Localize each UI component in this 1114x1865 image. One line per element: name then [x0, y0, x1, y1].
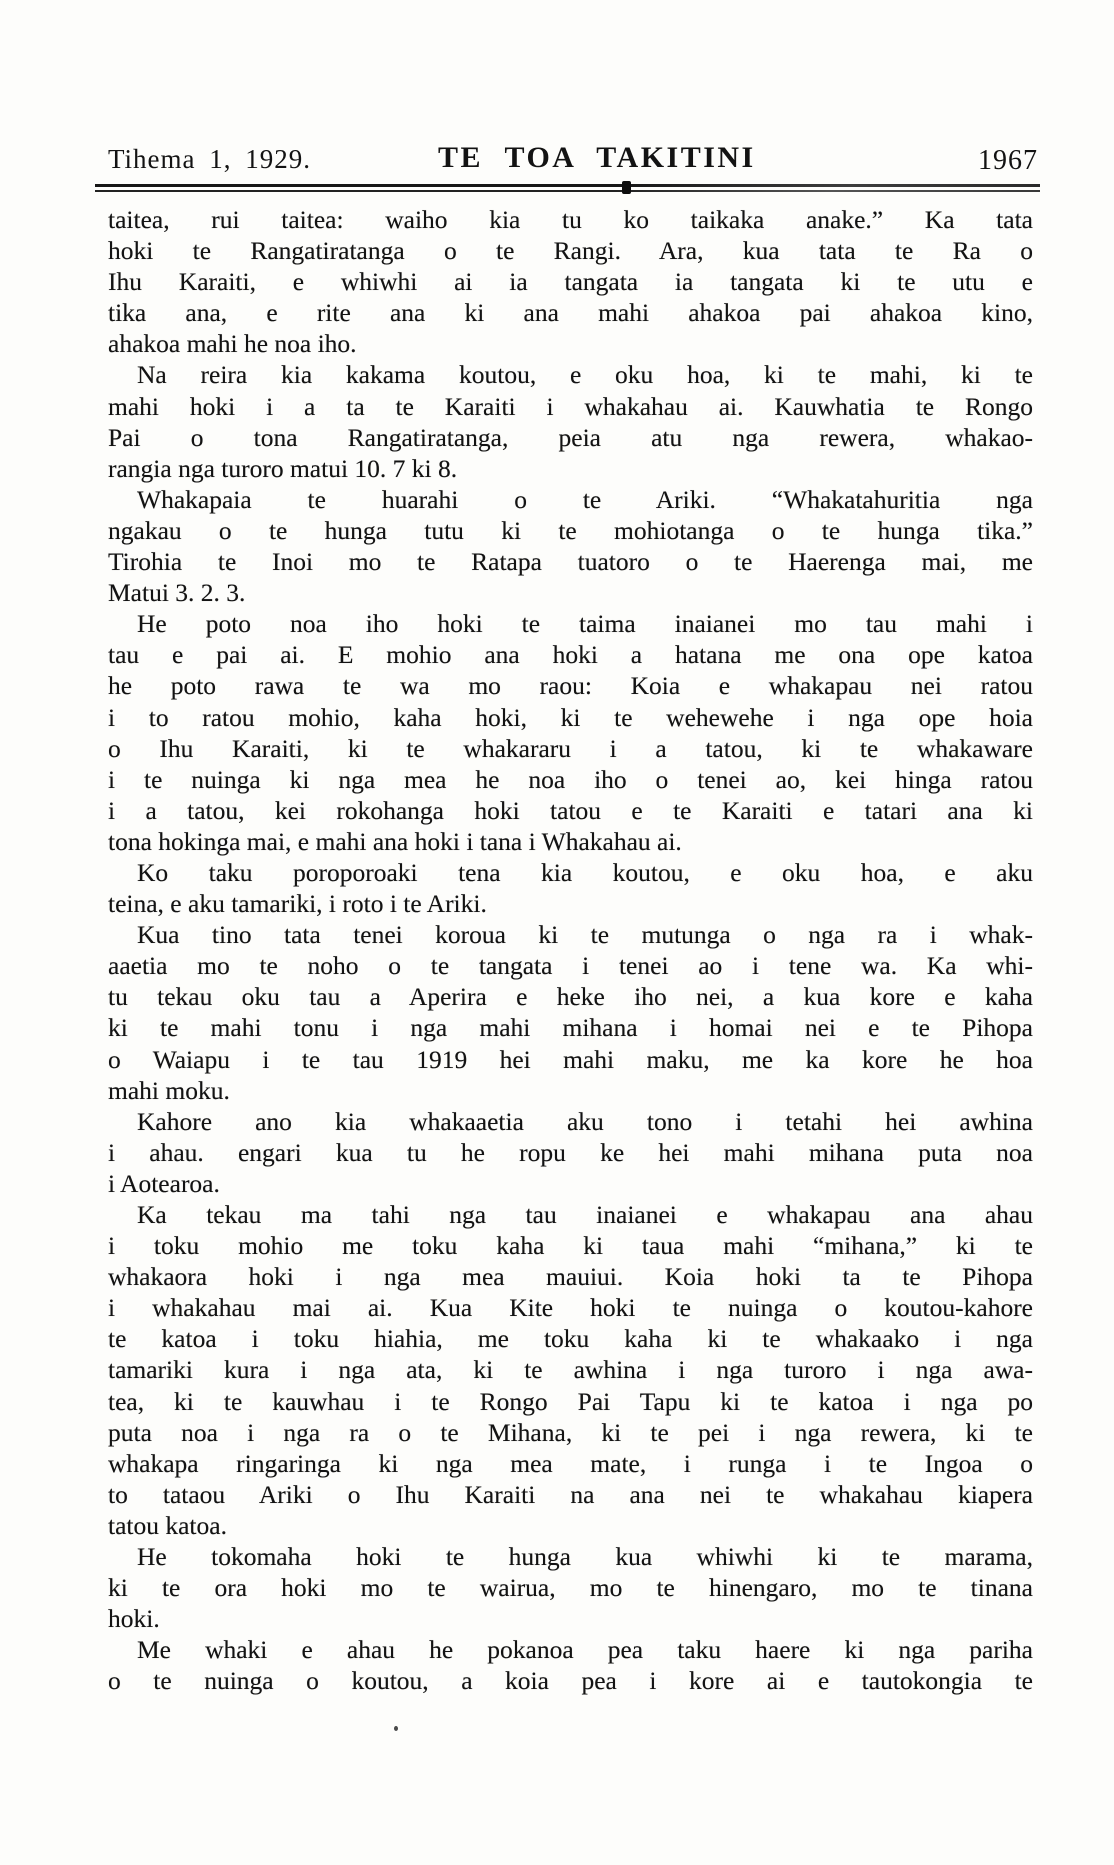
text-line: tu tekau oku tau a Aperira e heke iho ne…	[108, 981, 1033, 1012]
text-line: i ahau. engari kua tu he ropu ke hei mah…	[108, 1137, 1033, 1168]
masthead: Tihema 1, 1929. TE TOA TAKITINI 1967	[95, 141, 1040, 181]
text-line: hoki te Rangatiratanga o te Rangi. Ara, …	[108, 235, 1033, 266]
text-line: Me whaki e ahau he pokanoa pea taku haer…	[108, 1634, 1033, 1665]
issue-date: Tihema 1, 1929.	[108, 144, 311, 175]
text-line: tika ana, e rite ana ki ana mahi ahakoa …	[108, 297, 1033, 328]
text-line: Matui 3. 2. 3.	[108, 577, 1033, 608]
rule-line-bottom	[95, 190, 1040, 192]
newspaper-title: TE TOA TAKITINI	[438, 141, 756, 175]
text-line: Pai o tona Rangatiratanga, peia atu nga …	[108, 422, 1033, 453]
text-line: Kua tino tata tenei koroua ki te mutunga…	[108, 919, 1033, 950]
text-line: whakaora hoki i nga mea mauiui. Koia hok…	[108, 1261, 1033, 1292]
text-line: to tataou Ariki o Ihu Karaiti na ana nei…	[108, 1479, 1033, 1510]
text-line: ngakau o te hunga tutu ki te mohiotanga …	[108, 515, 1033, 546]
text-line: o Ihu Karaiti, ki te whakararu i a tatou…	[108, 733, 1033, 764]
text-line: o te nuinga o koutou, a koia pea i kore …	[108, 1665, 1033, 1696]
text-line: Ka tekau ma tahi nga tau inaianei e whak…	[108, 1199, 1033, 1230]
text-line: tau e pai ai. E mohio ana hoki a hatana …	[108, 639, 1033, 670]
text-line: He tokomaha hoki te hunga kua whiwhi ki …	[108, 1541, 1033, 1572]
text-line: ahakoa mahi he noa iho.	[108, 328, 1033, 359]
text-line: i te nuinga ki nga mea he noa iho o tene…	[108, 764, 1033, 795]
text-line: tatou katoa.	[108, 1510, 1033, 1541]
text-line: i to ratou mohio, kaha hoki, ki te wehew…	[108, 702, 1033, 733]
text-line: mahi hoki i a ta te Karaiti i whakahau a…	[108, 391, 1033, 422]
masthead-rule	[95, 184, 1040, 194]
text-line: Tirohia te Inoi mo te Ratapa tuatoro o t…	[108, 546, 1033, 577]
text-line: tona hokinga mai, e mahi ana hoki i tana…	[108, 826, 1033, 857]
text-line: He poto noa iho hoki te taima inaianei m…	[108, 608, 1033, 639]
text-line: ki te ora hoki mo te wairua, mo te hinen…	[108, 1572, 1033, 1603]
paragraph: Ko taku poroporoaki tena kia koutou, e o…	[108, 857, 1033, 919]
text-line: Whakapaia te huarahi o te Ariki. “Whakat…	[108, 484, 1033, 515]
text-line: Na reira kia kakama koutou, e oku hoa, k…	[108, 359, 1033, 390]
paragraph: Me whaki e ahau he pokanoa pea taku haer…	[108, 1634, 1033, 1696]
text-line: i a tatou, kei rokohanga hoki tatou e te…	[108, 795, 1033, 826]
text-line: i toku mohio me toku kaha ki taua mahi “…	[108, 1230, 1033, 1261]
text-line: rangia nga turoro matui 10. 7 ki 8.	[108, 453, 1033, 484]
article-body: taitea, rui taitea: waiho kia tu ko taik…	[108, 204, 1033, 1697]
paragraph: He tokomaha hoki te hunga kua whiwhi ki …	[108, 1541, 1033, 1634]
text-line: ki te mahi tonu i nga mahi mihana i homa…	[108, 1012, 1033, 1043]
text-line: aaetia mo te noho o te tangata i tenei a…	[108, 950, 1033, 981]
text-line: teina, e aku tamariki, i roto i te Ariki…	[108, 888, 1033, 919]
paragraph: He poto noa iho hoki te taima inaianei m…	[108, 608, 1033, 857]
text-line: i whakahau mai ai. Kua Kite hoki te nuin…	[108, 1292, 1033, 1323]
ink-blob	[622, 181, 631, 194]
text-line: te katoa i toku hiahia, me toku kaha ki …	[108, 1323, 1033, 1354]
text-line: Ko taku poroporoaki tena kia koutou, e o…	[108, 857, 1033, 888]
text-line: mahi moku.	[108, 1075, 1033, 1106]
rule-line-top	[95, 184, 1040, 187]
scanned-newspaper-page: Tihema 1, 1929. TE TOA TAKITINI 1967 tai…	[0, 0, 1114, 1865]
paragraph: Kahore ano kia whakaaetia aku tono i tet…	[108, 1106, 1033, 1199]
text-line: tamariki kura i nga ata, ki te awhina i …	[108, 1354, 1033, 1385]
text-line: puta noa i nga ra o te Mihana, ki te pei…	[108, 1417, 1033, 1448]
text-line: tea, ki te kauwhau i te Rongo Pai Tapu k…	[108, 1386, 1033, 1417]
text-line: whakapa ringaringa ki nga mea mate, i ru…	[108, 1448, 1033, 1479]
text-line: he poto rawa te wa mo raou: Koia e whaka…	[108, 670, 1033, 701]
page-number: 1967	[978, 145, 1038, 177]
text-line: taitea, rui taitea: waiho kia tu ko taik…	[108, 204, 1033, 235]
paragraph: Kua tino tata tenei koroua ki te mutunga…	[108, 919, 1033, 1106]
text-line: Ihu Karaiti, e whiwhi ai ia tangata ia t…	[108, 266, 1033, 297]
paragraph: Ka tekau ma tahi nga tau inaianei e whak…	[108, 1199, 1033, 1541]
text-line: i Aotearoa.	[108, 1168, 1033, 1199]
paragraph: taitea, rui taitea: waiho kia tu ko taik…	[108, 204, 1033, 359]
text-line: hoki.	[108, 1603, 1033, 1634]
text-line: o Waiapu i te tau 1919 hei mahi maku, me…	[108, 1044, 1033, 1075]
paragraph: Na reira kia kakama koutou, e oku hoa, k…	[108, 359, 1033, 483]
ink-speck	[394, 1726, 398, 1731]
text-line: Kahore ano kia whakaaetia aku tono i tet…	[108, 1106, 1033, 1137]
paragraph: Whakapaia te huarahi o te Ariki. “Whakat…	[108, 484, 1033, 608]
